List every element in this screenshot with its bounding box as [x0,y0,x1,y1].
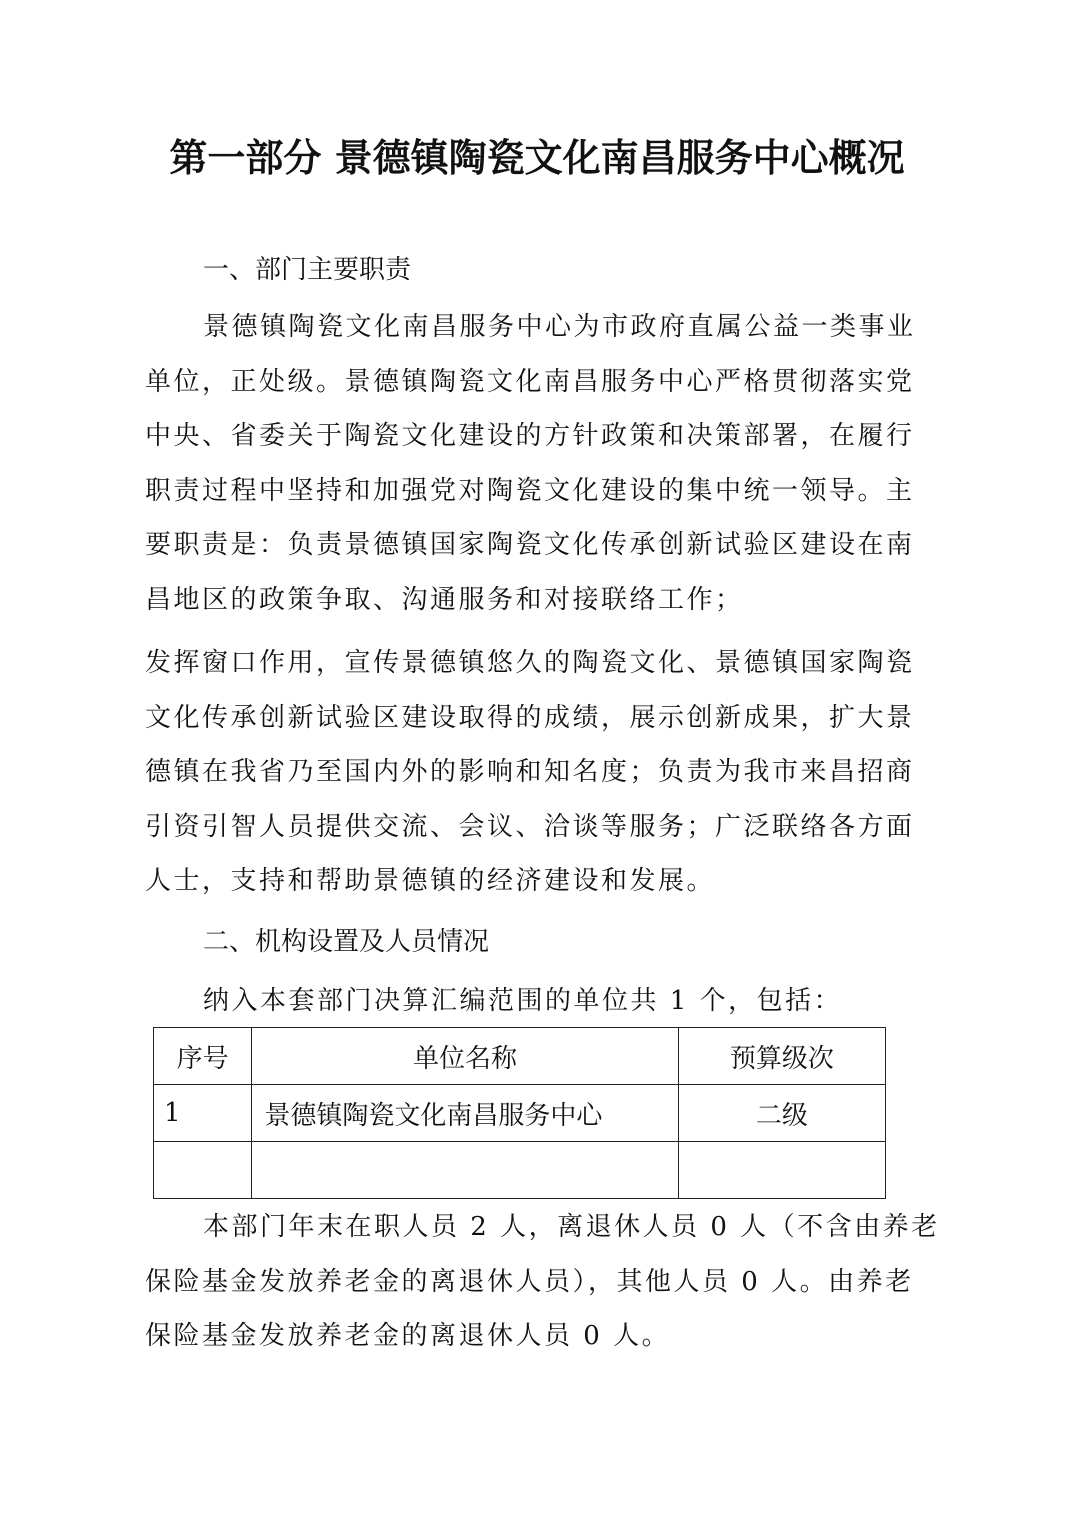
text-line: 人士，支持和帮助景德镇的经济建设和发展。 [145,854,935,909]
text-line: 引资引智人员提供交流、会议、洽谈等服务；广泛联络各方面 [145,800,935,855]
responsibilities-paragraph-1: 景德镇陶瓷文化南昌服务中心为市政府直属公益一类事业 单位，正处级。景德镇陶瓷文化… [145,300,935,627]
text-line: 单位，正处级。景德镇陶瓷文化南昌服务中心严格贯彻落实党 [145,355,935,410]
units-table: 序号 单位名称 预算级次 1 景德镇陶瓷文化南昌服务中心 二级 [153,1027,886,1199]
header-seq: 序号 [154,1028,252,1085]
text-line: 昌地区的政策争取、沟通服务和对接联络工作； [145,573,935,628]
text-line: 发挥窗口作用，宣传景德镇悠久的陶瓷文化、景德镇国家陶瓷 [145,636,935,691]
cell-unit-name: 景德镇陶瓷文化南昌服务中心 [252,1085,678,1142]
text-line: 职责过程中坚持和加强党对陶瓷文化建设的集中统一领导。主 [145,464,935,519]
cell-unit-name [252,1142,678,1199]
cell-seq: 1 [154,1085,252,1142]
cell-budget-level [678,1142,885,1199]
responsibilities-paragraph-2: 发挥窗口作用，宣传景德镇悠久的陶瓷文化、景德镇国家陶瓷 文化传承创新试验区建设取… [145,636,935,909]
text-line: 要职责是：负责景德镇国家陶瓷文化传承创新试验区建设在南 [145,518,935,573]
section-heading-organization: 二、机构设置及人员情况 [203,922,489,962]
scope-intro-paragraph: 纳入本套部门决算汇编范围的单位共 1 个，包括： [145,974,935,1029]
page-title: 第一部分 景德镇陶瓷文化南昌服务中心概况 [0,132,1074,184]
header-unit-name: 单位名称 [252,1028,678,1085]
text-line: 纳入本套部门决算汇编范围的单位共 1 个，包括： [145,974,935,1029]
header-budget-level: 预算级次 [678,1028,885,1085]
cell-seq [154,1142,252,1199]
text-line: 文化传承创新试验区建设取得的成绩，展示创新成果，扩大景 [145,691,935,746]
section-heading-responsibilities: 一、部门主要职责 [203,250,411,290]
text-line: 景德镇陶瓷文化南昌服务中心为市政府直属公益一类事业 [145,300,935,355]
text-line: 中央、省委关于陶瓷文化建设的方针政策和决策部署，在履行 [145,409,935,464]
text-line: 保险基金发放养老金的离退休人员），其他人员 0 人。由养老 [145,1255,935,1310]
staff-paragraph: 本部门年末在职人员 2 人，离退休人员 0 人（不含由养老 保险基金发放养老金的… [145,1200,935,1364]
table-header-row: 序号 单位名称 预算级次 [154,1028,886,1085]
table-row [154,1142,886,1199]
text-line: 保险基金发放养老金的离退休人员 0 人。 [145,1309,935,1364]
text-line: 本部门年末在职人员 2 人，离退休人员 0 人（不含由养老 [145,1200,935,1255]
table-row: 1 景德镇陶瓷文化南昌服务中心 二级 [154,1085,886,1142]
cell-budget-level: 二级 [678,1085,885,1142]
text-line: 德镇在我省乃至国内外的影响和知名度；负责为我市来昌招商 [145,745,935,800]
